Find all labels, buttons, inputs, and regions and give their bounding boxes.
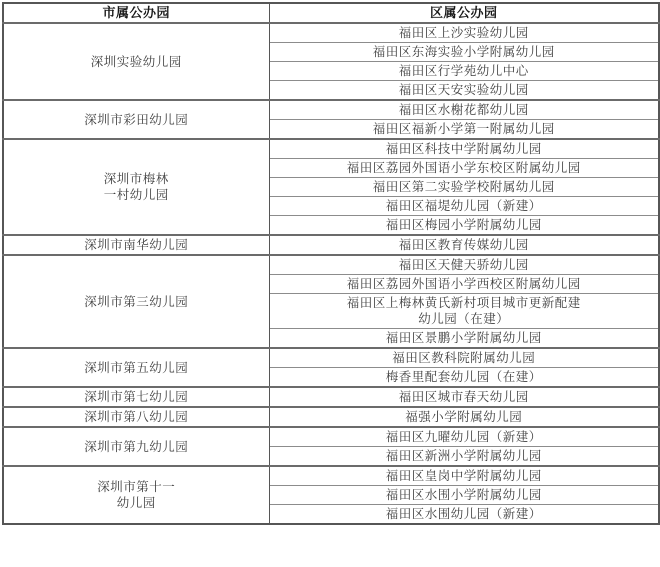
district-kindergarten-cell: 福田区天健天骄幼儿园 xyxy=(269,255,659,275)
district-kindergarten-cell: 福田区东海实验小学附属幼儿园 xyxy=(269,43,659,62)
district-kindergarten-cell: 福田区第二实验学校附属幼儿园 xyxy=(269,178,659,197)
table-header-row: 市属公办园 区属公办园 xyxy=(3,3,659,23)
municipal-kindergarten-cell: 深圳市第七幼儿园 xyxy=(3,387,269,407)
district-kindergarten-cell: 福田区教育传媒幼儿园 xyxy=(269,235,659,255)
table-row: 深圳市彩田幼儿园福田区水榭花都幼儿园 xyxy=(3,100,659,120)
document-page: 市属公办园 区属公办园 深圳实验幼儿园福田区上沙实验幼儿园福田区东海实验小学附属… xyxy=(0,0,660,567)
table-row: 深圳市南华幼儿园福田区教育传媒幼儿园 xyxy=(3,235,659,255)
table-row: 深圳市第五幼儿园福田区教科院附属幼儿园 xyxy=(3,348,659,368)
district-kindergarten-cell: 梅香里配套幼儿园（在建） xyxy=(269,368,659,388)
municipal-kindergarten-cell: 深圳市第三幼儿园 xyxy=(3,255,269,348)
district-kindergarten-cell: 福田区九曜幼儿园（新建） xyxy=(269,427,659,447)
district-kindergarten-cell: 福田区福堤幼儿园（新建） xyxy=(269,197,659,216)
district-kindergarten-cell: 福田区上梅林黄氏新村项目城市更新配建 幼儿园（在建） xyxy=(269,294,659,329)
table-row: 深圳市梅林 一村幼儿园福田区科技中学附属幼儿园 xyxy=(3,139,659,159)
district-kindergarten-cell: 福田区福新小学第一附属幼儿园 xyxy=(269,120,659,140)
district-kindergarten-cell: 福田区荔园外国语小学西校区附属幼儿园 xyxy=(269,275,659,294)
district-kindergarten-cell: 福田区水围小学附属幼儿园 xyxy=(269,486,659,505)
table-body: 深圳实验幼儿园福田区上沙实验幼儿园福田区东海实验小学附属幼儿园福田区行学苑幼儿中… xyxy=(3,23,659,524)
municipal-kindergarten-cell: 深圳市第九幼儿园 xyxy=(3,427,269,466)
district-kindergarten-cell: 福田区水围幼儿园（新建） xyxy=(269,505,659,525)
municipal-kindergarten-cell: 深圳市梅林 一村幼儿园 xyxy=(3,139,269,235)
municipal-kindergarten-cell: 深圳市第十一 幼儿园 xyxy=(3,466,269,524)
district-kindergarten-cell: 福田区教科院附属幼儿园 xyxy=(269,348,659,368)
table-row: 深圳市第八幼儿园福强小学附属幼儿园 xyxy=(3,407,659,427)
district-kindergarten-cell: 福田区水榭花都幼儿园 xyxy=(269,100,659,120)
district-kindergarten-cell: 福田区荔园外国语小学东校区附属幼儿园 xyxy=(269,159,659,178)
column-header-district: 区属公办园 xyxy=(269,3,659,23)
district-kindergarten-cell: 福田区梅园小学附属幼儿园 xyxy=(269,216,659,236)
table-row: 深圳市第七幼儿园福田区城市春天幼儿园 xyxy=(3,387,659,407)
municipal-kindergarten-cell: 深圳市彩田幼儿园 xyxy=(3,100,269,139)
table-row: 深圳市第三幼儿园福田区天健天骄幼儿园 xyxy=(3,255,659,275)
municipal-kindergarten-cell: 深圳市南华幼儿园 xyxy=(3,235,269,255)
table-row: 深圳市第九幼儿园福田区九曜幼儿园（新建） xyxy=(3,427,659,447)
district-kindergarten-cell: 福田区天安实验幼儿园 xyxy=(269,81,659,101)
table-row: 深圳市第十一 幼儿园福田区皇岗中学附属幼儿园 xyxy=(3,466,659,486)
district-kindergarten-cell: 福强小学附属幼儿园 xyxy=(269,407,659,427)
district-kindergarten-cell: 福田区新洲小学附属幼儿园 xyxy=(269,447,659,467)
municipal-kindergarten-cell: 深圳实验幼儿园 xyxy=(3,23,269,100)
district-kindergarten-cell: 福田区科技中学附属幼儿园 xyxy=(269,139,659,159)
table-row: 深圳实验幼儿园福田区上沙实验幼儿园 xyxy=(3,23,659,43)
district-kindergarten-cell: 福田区城市春天幼儿园 xyxy=(269,387,659,407)
municipal-kindergarten-cell: 深圳市第八幼儿园 xyxy=(3,407,269,427)
district-kindergarten-cell: 福田区行学苑幼儿中心 xyxy=(269,62,659,81)
kindergarten-table: 市属公办园 区属公办园 深圳实验幼儿园福田区上沙实验幼儿园福田区东海实验小学附属… xyxy=(2,2,660,525)
district-kindergarten-cell: 福田区皇岗中学附属幼儿园 xyxy=(269,466,659,486)
district-kindergarten-cell: 福田区景鹏小学附属幼儿园 xyxy=(269,329,659,349)
column-header-municipal: 市属公办园 xyxy=(3,3,269,23)
district-kindergarten-cell: 福田区上沙实验幼儿园 xyxy=(269,23,659,43)
municipal-kindergarten-cell: 深圳市第五幼儿园 xyxy=(3,348,269,387)
